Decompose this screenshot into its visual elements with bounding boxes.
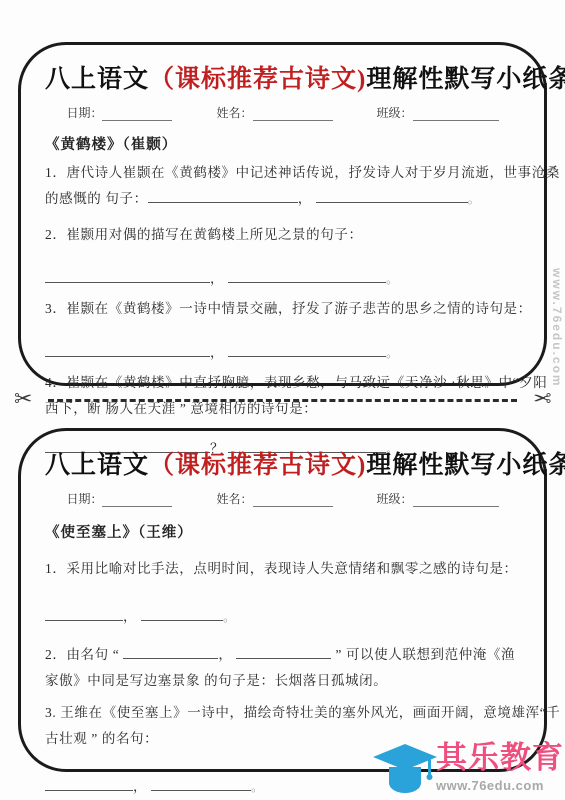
punctuation: ， <box>210 345 224 360</box>
question-text: 1．唐代诗人崔颢在《黄鹤楼》中记述神话传说，抒发诗人对于岁月流逝，世事沧桑 <box>45 160 520 186</box>
answer-blank <box>236 645 331 659</box>
name-blank <box>253 109 333 121</box>
meta-row: 日期： 姓名： 班级： <box>45 104 520 121</box>
worksheet-card-huanghelou: 八上语文（课标推荐古诗文)理解性默写小纸条 日期： 姓名： 班级： 《黄鹤楼》（… <box>18 42 547 386</box>
question-text: 家傲》中同是写边塞景象 的句子是：长烟落日孤城闭。 <box>45 668 520 694</box>
class-label: 班级： <box>377 492 413 506</box>
answer-blank <box>45 607 123 621</box>
card-title: 八上语文（课标推荐古诗文)理解性默写小纸条 <box>45 59 520 95</box>
date-field: 日期： <box>66 490 172 507</box>
question-2: 2．由名句 “ ， ” 可以使人联想到范仲淹《渔 家傲》中同是写边塞景象 的句子… <box>45 642 520 694</box>
date-label: 日期： <box>66 492 102 506</box>
name-blank <box>253 495 333 507</box>
question-text-with-blanks: 的感慨的 句子：， 。 <box>45 186 520 212</box>
title-part-black1: 八上语文 <box>45 66 149 93</box>
question-text: 2．崔颢用对偶的描写在黄鹤楼上所见之景的句子： <box>45 222 520 248</box>
name-label: 姓名： <box>216 106 252 120</box>
worksheet-page: 八上语文（课标推荐古诗文)理解性默写小纸条 日期： 姓名： 班级： 《黄鹤楼》（… <box>0 0 565 800</box>
question-text-with-blanks: 2．由名句 “ ， ” 可以使人联想到范仲淹《渔 <box>45 642 520 668</box>
date-blank <box>102 109 172 121</box>
question-text: 1．采用比喻对比手法，点明时间，表现诗人失意情绪和飘零之感的诗句是： <box>45 556 520 582</box>
date-blank <box>102 495 172 507</box>
punctuation: 。 <box>386 272 399 286</box>
answer-line: ， 。 <box>45 266 520 292</box>
date-field: 日期： <box>66 104 172 121</box>
question-text: 的感慨的 句子： <box>45 191 148 206</box>
punctuation: ， <box>123 609 137 624</box>
graduation-cap-icon <box>372 743 438 797</box>
brand-text-block: 其乐教育 www.76edu.com <box>436 741 565 794</box>
question-3: 3．崔颢在《黄鹤楼》一诗中情景交融，抒发了游子悲苦的思乡之情的诗句是： ， 。 <box>45 296 520 366</box>
name-field: 姓名： <box>216 104 332 121</box>
answer-blank <box>45 343 210 357</box>
answer-line: ， 。 <box>45 340 520 366</box>
class-blank <box>413 109 499 121</box>
question-text: 2．由名句 “ <box>45 647 119 662</box>
answer-blank <box>148 189 298 203</box>
punctuation: 。 <box>223 610 236 624</box>
question-1: 1．采用比喻对比手法，点明时间，表现诗人失意情绪和飘零之感的诗句是： ， 。 <box>45 556 520 630</box>
question-text: 3. 王维在《使至塞上》一诗中，描绘奇特壮美的塞外风光，画面开阔，意境雄浑“千 <box>45 700 520 726</box>
answer-blank <box>123 645 218 659</box>
title-part-black2: 理解性默写小纸条 <box>366 66 565 93</box>
title-part-black1: 八上语文 <box>45 452 149 479</box>
poem-heading: 《黄鹤楼》（崔颢） <box>45 133 520 154</box>
punctuation: ， <box>133 779 147 794</box>
answer-blank <box>141 607 223 621</box>
question-1: 1．唐代诗人崔颢在《黄鹤楼》中记述神话传说，抒发诗人对于岁月流逝，世事沧桑 的感… <box>45 160 520 212</box>
punctuation: 。 <box>386 346 399 360</box>
title-part-red: （课标推荐古诗文) <box>149 66 366 93</box>
answer-blank <box>316 189 468 203</box>
class-field: 班级： <box>377 104 499 121</box>
answer-blank <box>45 269 210 283</box>
answer-blank <box>228 269 386 283</box>
punctuation: 。 <box>468 192 481 206</box>
brand-logo: 其乐教育 www.76edu.com <box>372 741 565 800</box>
title-part-black2: 理解性默写小纸条 <box>366 452 565 479</box>
punctuation: ， <box>298 191 312 206</box>
poem-heading: 《使至塞上》（王维） <box>45 521 520 542</box>
punctuation: ， <box>218 647 232 662</box>
brand-site-url: www.76edu.com <box>436 778 565 794</box>
cut-separator: ✂ ✂ <box>14 388 551 414</box>
name-label: 姓名： <box>216 492 252 506</box>
answer-blank <box>151 777 251 791</box>
card-title: 八上语文（课标推荐古诗文)理解性默写小纸条 <box>45 445 520 481</box>
dashed-cut-line <box>48 399 517 402</box>
scissors-icon: ✂ <box>14 387 32 413</box>
question-text: 3．崔颢在《黄鹤楼》一诗中情景交融，抒发了游子悲苦的思乡之情的诗句是： <box>45 296 520 322</box>
question-text: ” 可以使人联想到范仲淹《渔 <box>335 647 515 662</box>
question-2: 2．崔颢用对偶的描写在黄鹤楼上所见之景的句子： ， 。 <box>45 222 520 292</box>
class-blank <box>413 495 499 507</box>
answer-blank <box>228 343 386 357</box>
punctuation: ， <box>210 271 224 286</box>
punctuation: 。 <box>251 780 264 794</box>
site-watermark: www.76edu.com <box>550 268 564 388</box>
worksheet-card-shizhisaishang: 八上语文（课标推荐古诗文)理解性默写小纸条 日期： 姓名： 班级： 《使至塞上》… <box>18 428 547 772</box>
meta-row: 日期： 姓名： 班级： <box>45 490 520 507</box>
answer-line: ， 。 <box>45 604 520 630</box>
class-field: 班级： <box>377 490 499 507</box>
class-label: 班级： <box>377 106 413 120</box>
answer-blank <box>45 777 133 791</box>
scissors-icon: ✂ <box>533 387 551 413</box>
name-field: 姓名： <box>216 490 332 507</box>
date-label: 日期： <box>66 106 102 120</box>
title-part-red: （课标推荐古诗文) <box>149 452 366 479</box>
brand-name: 其乐教育 <box>436 741 565 775</box>
